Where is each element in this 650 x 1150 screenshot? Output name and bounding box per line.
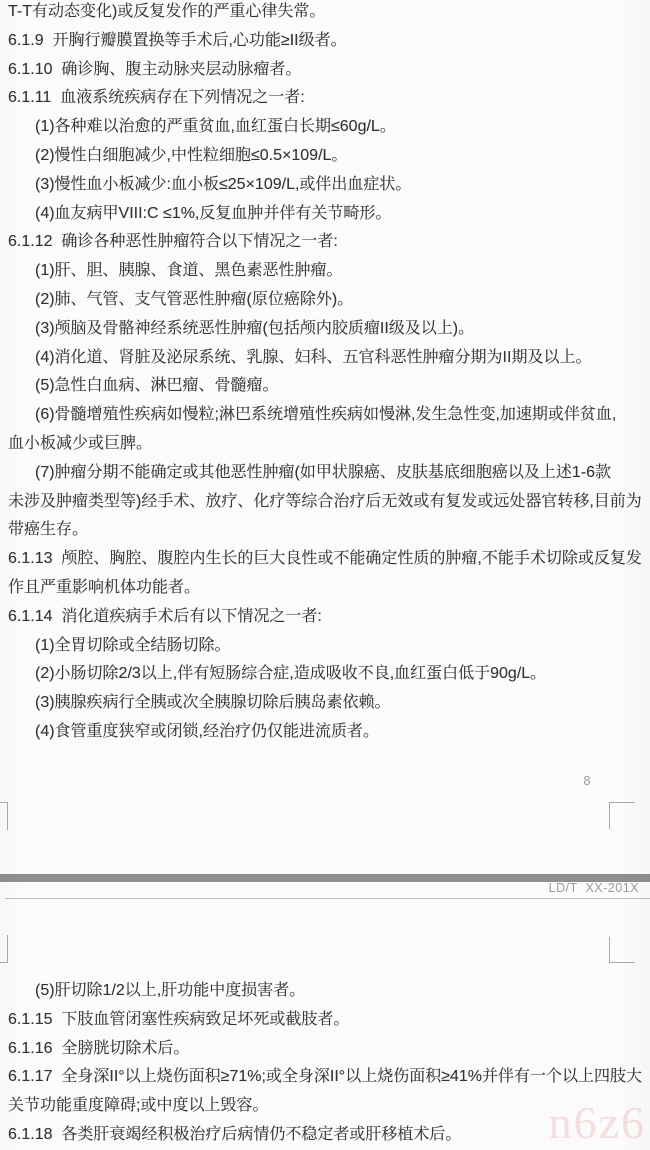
- text-line: (3)颅脑及骨骼神经系统恶性肿瘤(包括颅内胶质瘤II级及以上)。: [8, 315, 646, 344]
- text-line: 6.1.14 消化道疾病手术后有以下情况之一者:: [8, 603, 646, 632]
- page1-body-text: T-T有动态变化)或反复发作的严重心律失常。6.1.9 开胸行瓣膜置换等手术后,…: [8, 0, 646, 747]
- text-line: (2)肺、气管、支气管恶性肿瘤(原位癌除外)。: [8, 286, 646, 315]
- crop-mark-footer-right: [609, 802, 635, 829]
- text-line: (3)慢性血小板减少:血小板≤25×109/L,或伴出血症状。: [8, 171, 646, 200]
- text-line: (1)全胃切除或全结肠切除。: [8, 632, 646, 661]
- crop-mark-footer-left: [0, 802, 8, 830]
- text-line: 带癌生存。: [8, 516, 646, 545]
- text-line: (3)胰腺疾病行全胰或次全胰腺切除后胰岛素依赖。: [8, 689, 646, 718]
- text-line: 6.1.17 全身深II°以上烧伤面积≥71%;或全身深II°以上烧伤面积≥41…: [8, 1063, 646, 1092]
- crop-mark-header-left: [0, 935, 8, 963]
- text-line: 血小板减少或巨脾。: [8, 430, 646, 459]
- header-rule: [5, 898, 650, 899]
- text-line: (2)小肠切除2/3以上,伴有短肠综合症,造成吸收不良,血红蛋白低于90g/L。: [8, 660, 646, 689]
- text-line: 6.1.16 全膀胱切除术后。: [8, 1035, 646, 1064]
- text-line: (2)慢性白细胞减少,中性粒细胞≤0.5×109/L。: [8, 142, 646, 171]
- text-line: (1)各种难以治愈的严重贫血,血红蛋白长期≤60g/L。: [8, 113, 646, 142]
- text-line: (7)肿瘤分期不能确定或其他恶性肿瘤(如甲状腺癌、皮肤基底细胞癌以及上述1-6款: [8, 459, 646, 488]
- text-line: (4)血友病甲VIII:C ≤1%,反复血肿并伴有关节畸形。: [8, 200, 646, 229]
- crop-mark-header-right: [609, 937, 635, 963]
- text-line: (4)食管重度狭窄或闭锁,经治疗仍仅能进流质者。: [8, 718, 646, 747]
- text-line: 6.1.13 颅腔、胸腔、腹腔内生长的巨大良性或不能确定性质的肿瘤,不能手术切除…: [8, 545, 646, 574]
- watermark: n6z6: [549, 1096, 646, 1149]
- text-line: (5)肝切除1/2以上,肝功能中度损害者。: [8, 977, 646, 1006]
- text-line: (1)肝、胆、胰腺、食道、黑色素恶性肿瘤。: [8, 257, 646, 286]
- text-line: 6.1.12 确诊各种恶性肿瘤符合以下情况之一者:: [8, 228, 646, 257]
- text-line: (6)骨髓增殖性疾病如慢粒;淋巴系统增殖性疾病如慢淋,发生急性变,加速期或伴贫血…: [8, 401, 646, 430]
- standard-code-header: LD/T XX-201X: [549, 881, 639, 895]
- scanned-document: { "page1": { "lines": [ { "text": "T-T有动…: [0, 0, 650, 1150]
- text-line: (4)消化道、肾脏及泌尿系统、乳腺、妇科、五官科恶性肿瘤分期为II期及以上。: [8, 344, 646, 373]
- text-line: (5)急性白血病、淋巴瘤、骨髓瘤。: [8, 372, 646, 401]
- text-line: 6.1.15 下肢血管闭塞性疾病致足坏死或截肢者。: [8, 1006, 646, 1035]
- text-line: T-T有动态变化)或反复发作的严重心律失常。: [8, 0, 646, 27]
- text-line: 6.1.10 确诊胸、腹主动脉夹层动脉瘤者。: [8, 56, 646, 85]
- page-number: 8: [578, 773, 596, 788]
- text-line: 6.1.9 开胸行瓣膜置换等手术后,心功能≥II级者。: [8, 27, 646, 56]
- text-line: 6.1.11 血液系统疾病存在下列情况之一者:: [8, 84, 646, 113]
- text-line: 未涉及肿瘤类型等)经手术、放疗、化疗等综合治疗后无效或有复发或远处器官转移,目前…: [8, 488, 646, 517]
- text-line: 作且严重影响机体功能者。: [8, 574, 646, 603]
